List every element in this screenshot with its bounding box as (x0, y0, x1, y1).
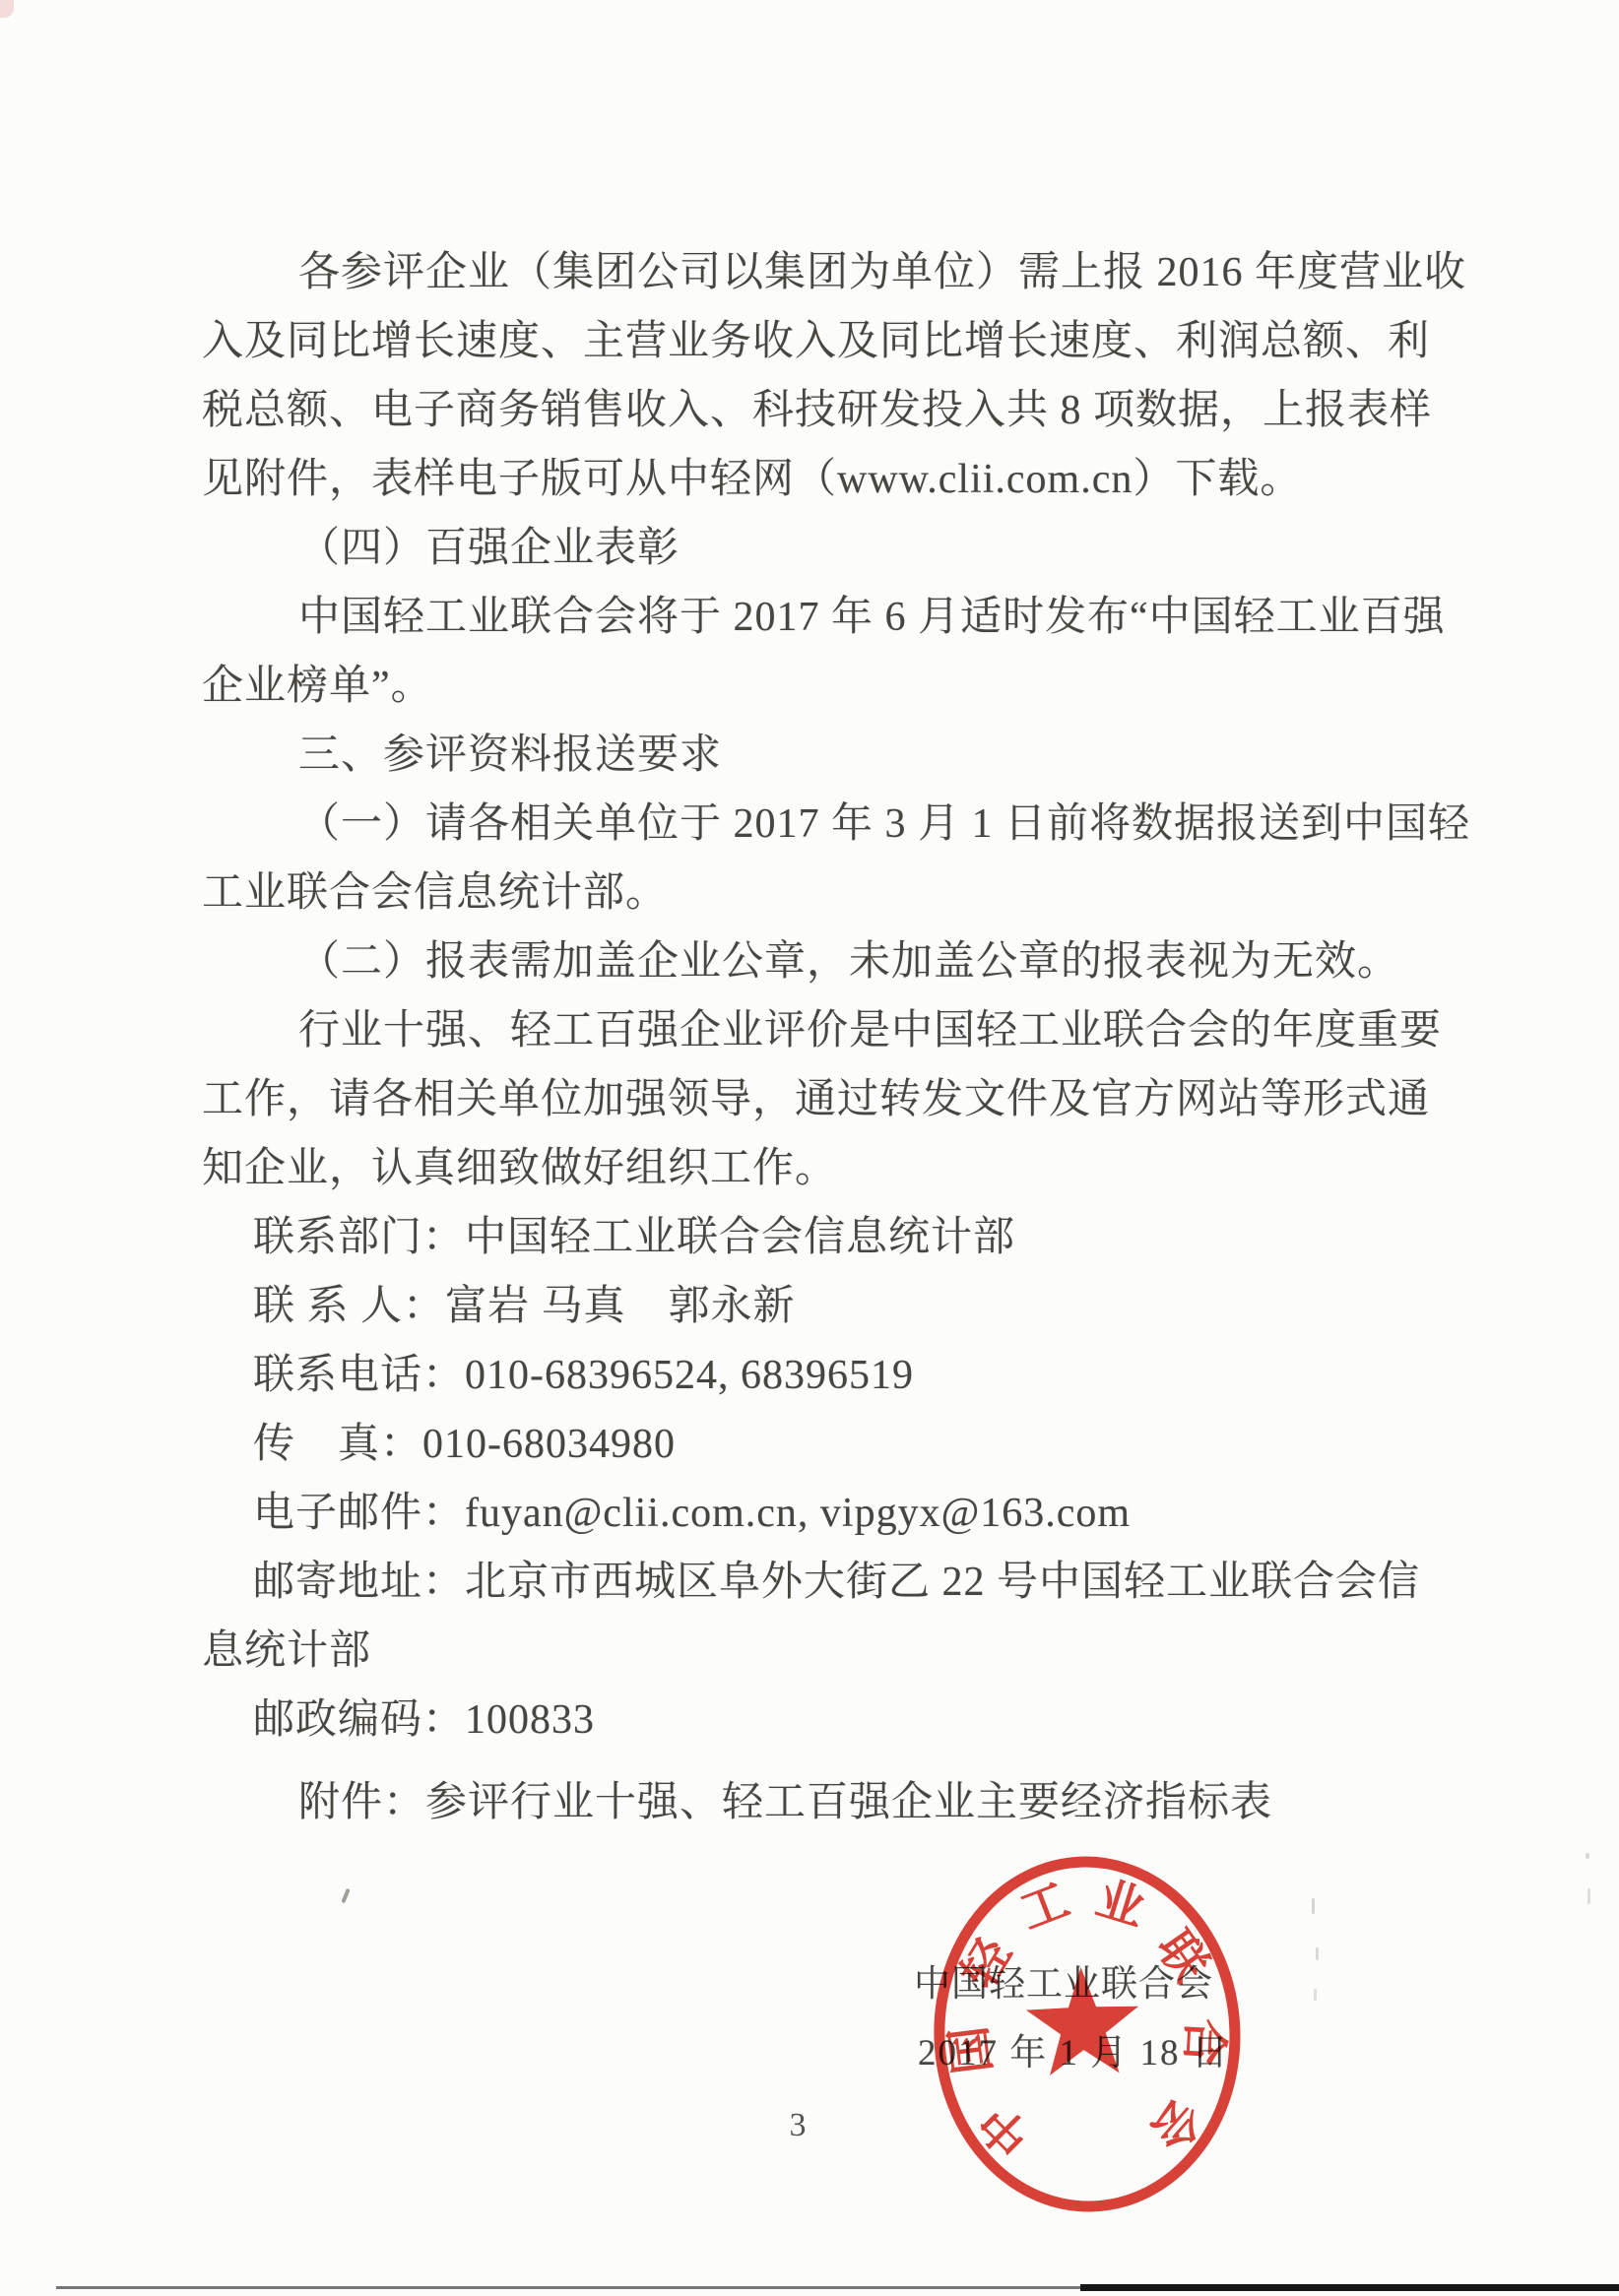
seal-ring-char: 国 (943, 2023, 1001, 2076)
text-line: 邮政编码：100833 (202, 1686, 1526, 1754)
scan-artifact-tick (341, 1888, 350, 1903)
text-line: 息统计部 (202, 1617, 1526, 1686)
text-line: 行业十强、轻工百强企业评价是中国轻工业联合会的年度重要 (202, 996, 1526, 1065)
scan-artifact-dash (1587, 1888, 1590, 1904)
text-line: 电子邮件：fuyan@clii.com.cn, vipgyx@163.com (202, 1479, 1526, 1548)
text-line: 各参评企业（集团公司以集团为单位）需上报 2016 年度营业收 (202, 238, 1526, 307)
scan-edge-line-right (1080, 2284, 1619, 2291)
text-line: 联系部门：中国轻工业联合会信息统计部 (202, 1203, 1526, 1272)
text-line: 工作，请各相关单位加强领导，通过转发文件及官方网站等形式通 (202, 1065, 1526, 1134)
text-line: （四）百强企业表彰 (202, 514, 1526, 583)
text-line: 邮寄地址：北京市西城区阜外大街乙 22 号中国轻工业联合会信 (202, 1548, 1526, 1617)
text-line: 税总额、电子商务销售收入、科技研发投入共 8 项数据，上报表样 (202, 376, 1526, 445)
document-page: 各参评企业（集团公司以集团为单位）需上报 2016 年度营业收入及同比增长速度、… (0, 0, 1619, 2296)
star-icon (1024, 1965, 1140, 2075)
text-line: 工业联合会信息统计部。 (202, 859, 1526, 927)
scan-artifact-corner-smudge (0, 0, 14, 18)
text-line: 三、参评资料报送要求 (202, 721, 1526, 790)
text-line: 传 真：010-68034980 (202, 1410, 1526, 1479)
text-line: 联 系 人：富岩 马真 郭永新 (202, 1272, 1526, 1341)
scan-artifact-dash (1312, 1898, 1315, 1914)
text-line: 附件：参评行业十强、轻工百强企业主要经济指标表 (202, 1768, 1526, 1837)
official-seal: 中国轻工业联合会 (894, 1832, 1282, 2239)
text-line: 中国轻工业联合会将于 2017 年 6 月适时发布“中国轻工业百强 (202, 583, 1526, 652)
seal-ring-char: 合 (1176, 2017, 1230, 2068)
text-line: 联系电话：010-68396524, 68396519 (202, 1341, 1526, 1410)
scan-artifact-dash (1316, 1947, 1319, 1960)
text-line: 企业榜单”。 (202, 652, 1526, 721)
text-line: 入及同比增长速度、主营业务收入及同比增长速度、利润总额、利 (202, 307, 1526, 376)
scan-artifact-dash (1314, 1989, 1317, 2001)
page-number: 3 (768, 2107, 827, 2144)
seal-ring-char: 业 (1090, 1873, 1150, 1937)
text-line: 知企业，认真细致做好组织工作。 (202, 1134, 1526, 1203)
scan-edge-line-left (56, 2286, 1080, 2289)
text-line: 见附件，表样电子版可从中轻网（www.clii.com.cn）下载。 (202, 445, 1526, 514)
scan-artifact-dash (1586, 1853, 1589, 1859)
document-body: 各参评企业（集团公司以集团为单位）需上报 2016 年度营业收入及同比增长速度、… (202, 238, 1526, 1837)
text-line: （二）报表需加盖企业公章，未加盖公章的报表视为无效。 (202, 927, 1526, 996)
text-line: （一）请各相关单位于 2017 年 3 月 1 日前将数据报送到中国轻 (202, 790, 1526, 859)
